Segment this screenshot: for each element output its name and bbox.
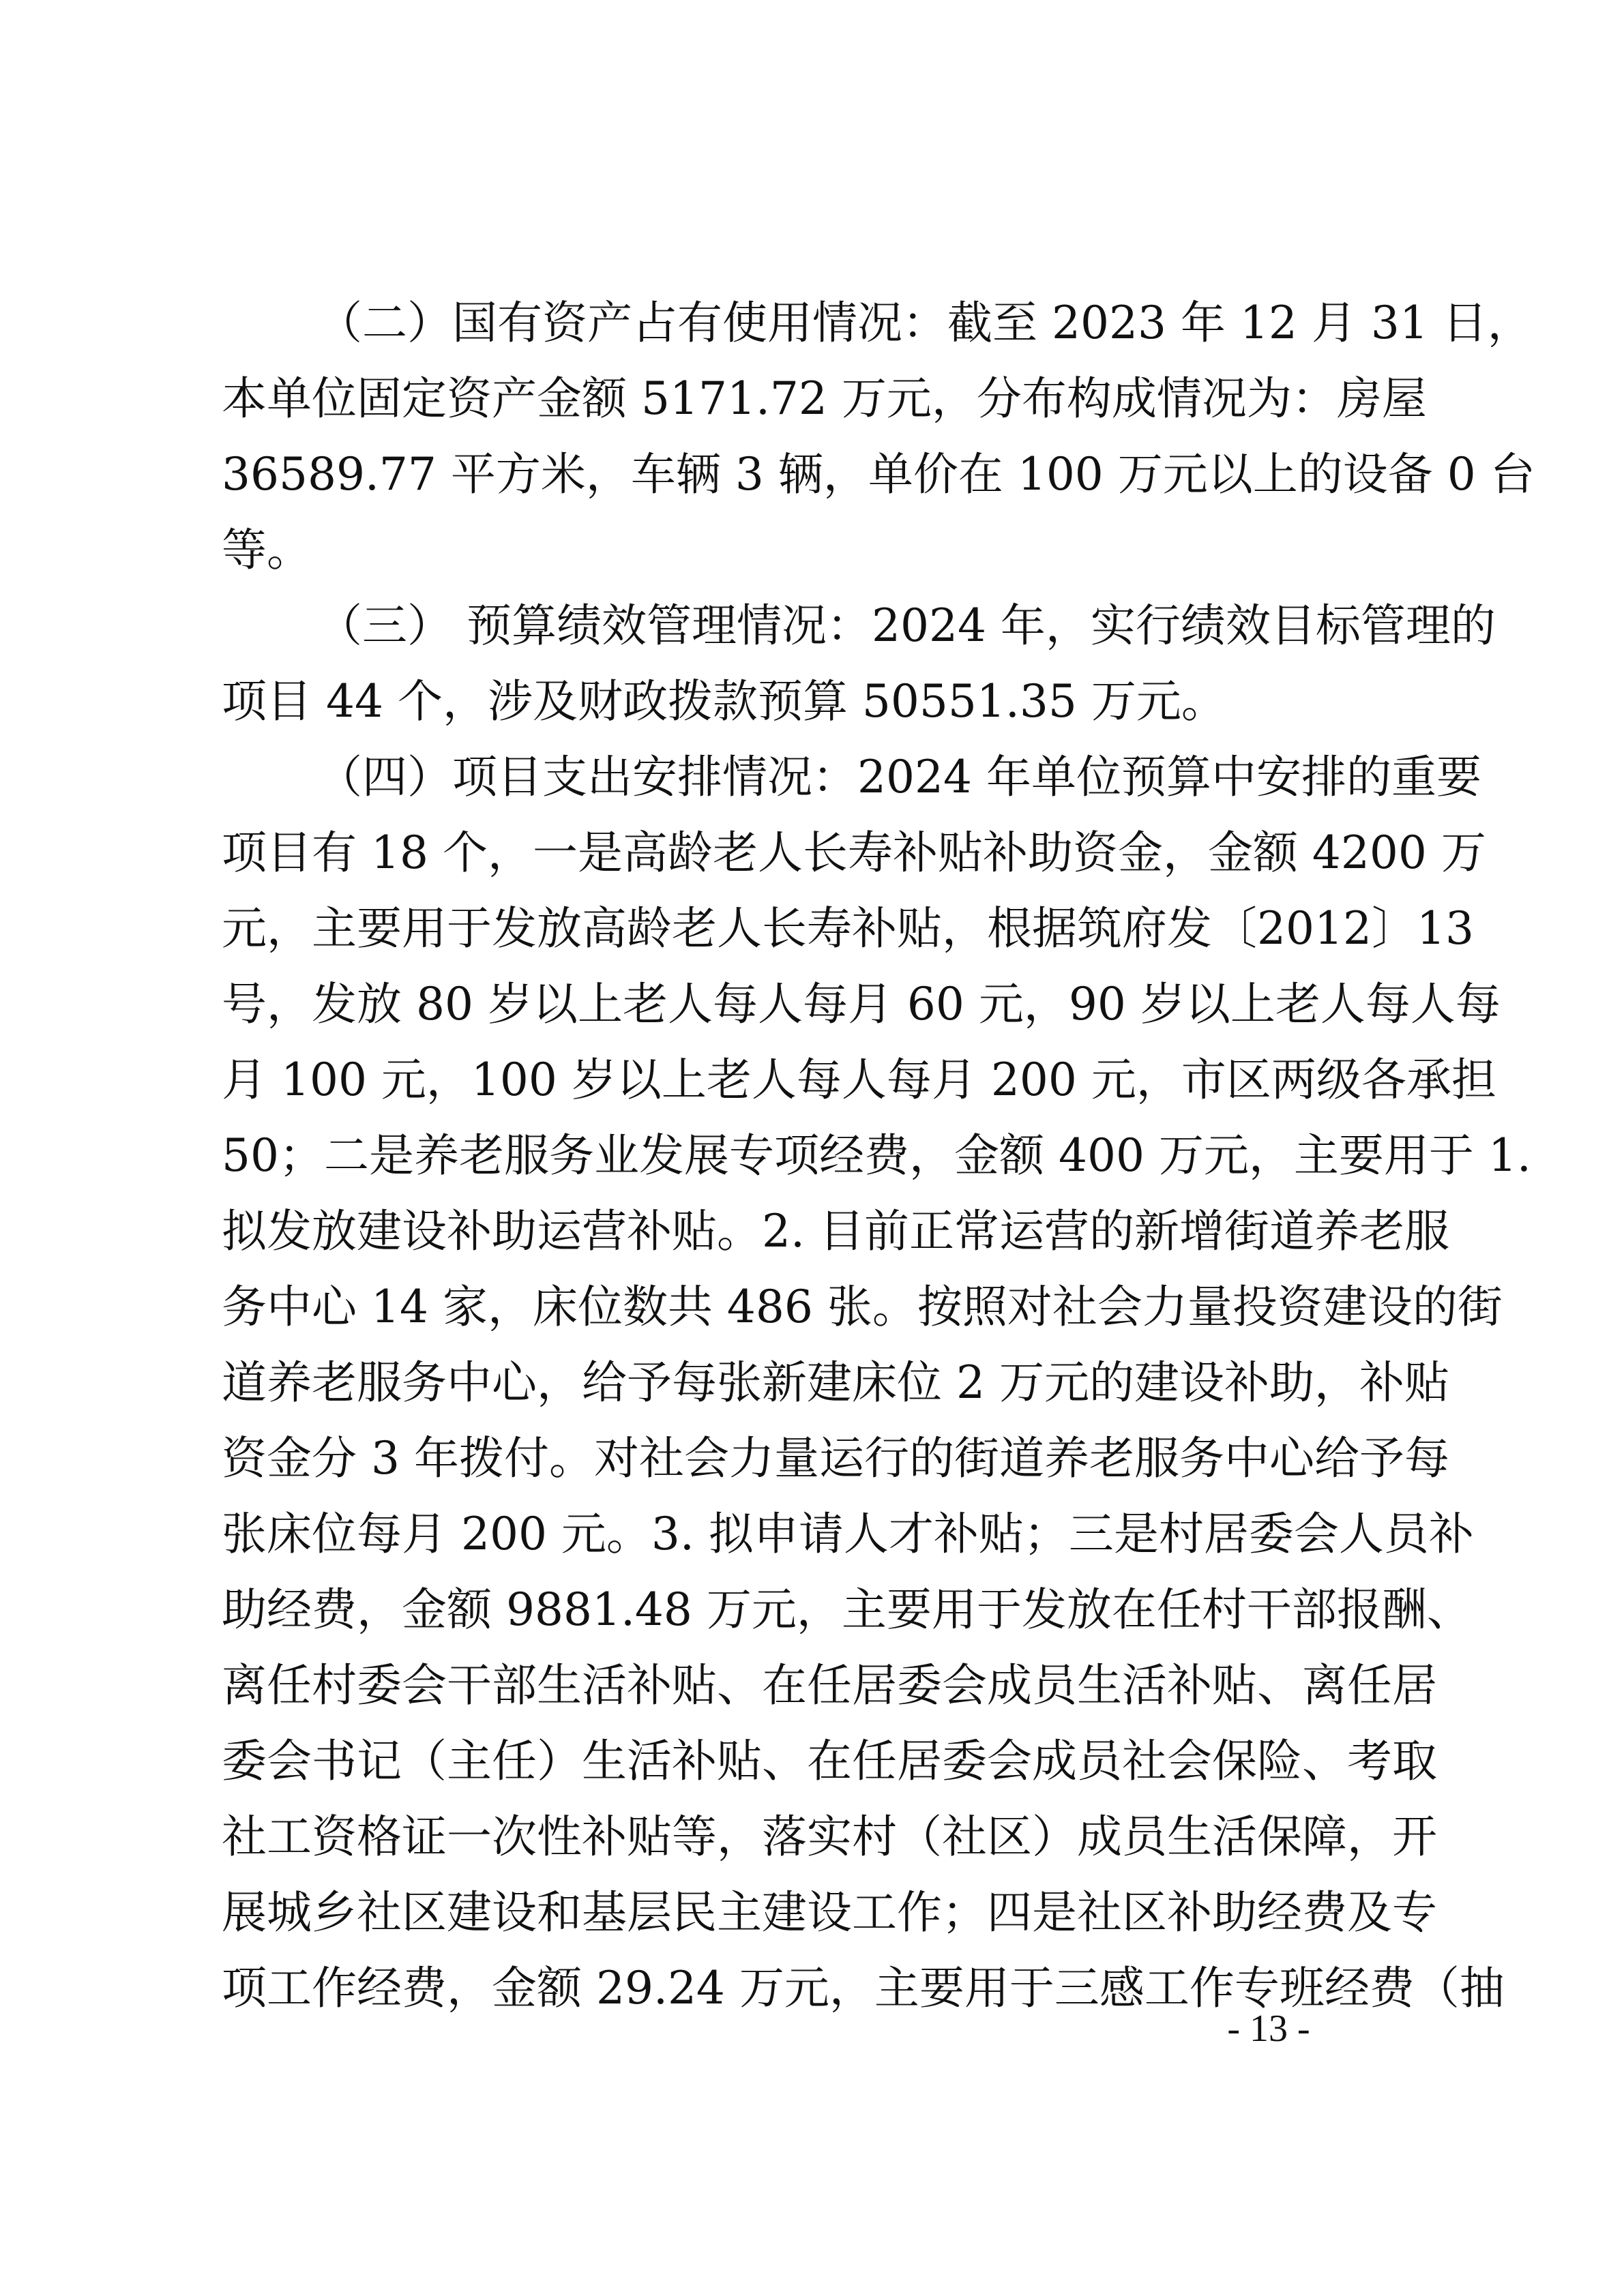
text-line: 助经费，金额 9881.48 万元，主要用于发放在任村干部报酬、: [222, 1572, 1398, 1648]
text-line: （二）国有资产占有使用情况：截至 2023 年 12 月 31 日，: [222, 285, 1398, 361]
text-line: 号，发放 80 岁以上老人每人每月 60 元，90 岁以上老人每人每: [222, 966, 1398, 1042]
text-line: 展城乡社区建设和基层民主建设工作；四是社区补助经费及专: [222, 1875, 1398, 1950]
text-line: 项目有 18 个，一是高龄老人长寿补贴补助资金，金额 4200 万: [222, 815, 1398, 891]
text-line: （四）项目支出安排情况：2024 年单位预算中安排的重要: [222, 739, 1398, 815]
document-page: （二）国有资产占有使用情况：截至 2023 年 12 月 31 日， 本单位固定…: [222, 285, 1398, 2026]
paragraph-state-assets: （二）国有资产占有使用情况：截至 2023 年 12 月 31 日， 本单位固定…: [222, 285, 1398, 588]
text-line: 拟发放建设补助运营补贴。2. 目前正常运营的新增街道养老服: [222, 1193, 1398, 1269]
text-line: 资金分 3 年拨付。对社会力量运行的街道养老服务中心给予每: [222, 1420, 1398, 1496]
text-line: 离任村委会干部生活补贴、在任居委会成员生活补贴、离任居: [222, 1648, 1398, 1723]
text-line: （三） 预算绩效管理情况：2024 年，实行绩效目标管理的: [222, 588, 1398, 664]
text-line: 道养老服务中心，给予每张新建床位 2 万元的建设补助，补贴: [222, 1345, 1398, 1420]
page-number: - 13 -: [1221, 2005, 1316, 2053]
text-line: 务中心 14 家，床位数共 486 张。按照对社会力量投资建设的街: [222, 1269, 1398, 1345]
text-line: 等。: [222, 512, 1398, 588]
paragraph-budget-performance: （三） 预算绩效管理情况：2024 年，实行绩效目标管理的 项目 44 个，涉及…: [222, 588, 1398, 739]
text-line: 社工资格证一次性补贴等，落实村（社区）成员生活保障，开: [222, 1799, 1398, 1875]
text-line: 本单位固定资产金额 5171.72 万元，分布构成情况为：房屋: [222, 361, 1398, 436]
text-line: 50；二是养老服务业发展专项经费，金额 400 万元，主要用于 1.: [222, 1118, 1398, 1193]
text-line: 项目 44 个，涉及财政拨款预算 50551.35 万元。: [222, 664, 1398, 739]
text-line: 元，主要用于发放高龄老人长寿补贴，根据筑府发〔2012〕13: [222, 891, 1398, 966]
text-line: 36589.77 平方米，车辆 3 辆，单价在 100 万元以上的设备 0 台: [222, 436, 1398, 512]
paragraph-project-expenditure: （四）项目支出安排情况：2024 年单位预算中安排的重要 项目有 18 个，一是…: [222, 739, 1398, 2026]
text-line: 委会书记（主任）生活补贴、在任居委会成员社会保险、考取: [222, 1723, 1398, 1799]
text-line: 月 100 元，100 岁以上老人每人每月 200 元，市区两级各承担: [222, 1042, 1398, 1118]
text-line: 张床位每月 200 元。3. 拟申请人才补贴；三是村居委会人员补: [222, 1496, 1398, 1572]
